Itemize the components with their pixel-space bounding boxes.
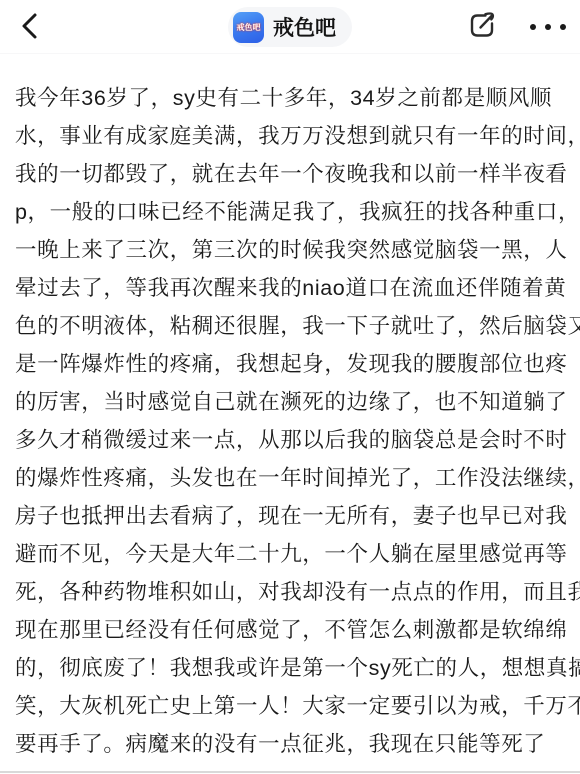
chevron-left-icon [18,12,42,43]
post-line: 多久才稍微缓过来一点，从那以后我的脑袋总是会时不时 [15,421,565,459]
forum-avatar-text: 戒色吧 [237,22,261,33]
post-line: 晕过去了，等我再次醒来我的niao道口在流血还伴随着黄 [15,269,565,307]
post-line: 的厉害，当时感觉自己就在濒死的边缘了，也不知道躺了 [15,383,565,421]
post-line: 水，事业有成家庭美满，我万万没想到就只有一年的时间， [15,117,565,155]
share-compose-icon [467,10,498,44]
post-line: 我今年36岁了，sy史有二十多年，34岁之前都是顺风顺 [15,79,565,117]
top-bar-actions [464,0,566,54]
post-line: 的爆炸性疼痛，头发也在一年时间掉光了，工作没法继续， [15,459,565,497]
post-body: 我今年36岁了，sy史有二十多年，34岁之前都是顺风顺 水，事业有成家庭美满，我… [0,54,580,763]
post-line: p，一般的口味已经不能满足我了，我疯狂的找各种重口， [15,193,565,231]
post-line: 我的一切都毁了，就在去年一个夜晚我和以前一样半夜看 [15,155,565,193]
post-line: 色的不明液体，粘稠还很腥，我一下子就吐了，然后脑袋又 [15,307,565,345]
post-line: 房子也抵押出去看病了，现在一无所有，妻子也早已对我 [15,497,565,535]
forum-avatar: 戒色吧 [233,12,264,43]
post-line: 避而不见，今天是大年二十九，一个人躺在屋里感觉再等 [15,535,565,573]
forum-title: 戒色吧 [273,12,336,42]
top-bar: 戒色吧 戒色吧 [0,0,580,54]
more-button[interactable] [530,9,566,45]
bottom-divider [0,771,580,773]
post-line: 现在那里已经没有任何感觉了，不管怎么刺激都是软绵绵 [15,611,565,649]
share-button[interactable] [464,9,500,45]
back-button[interactable] [12,10,48,44]
forum-title-pill[interactable]: 戒色吧 戒色吧 [228,7,352,47]
post-line: 死，各种药物堆积如山，对我却没有一点点的作用，而且我 [15,573,565,611]
ellipsis-icon [530,24,566,30]
post-line: 的，彻底废了！我想我或许是第一个sy死亡的人，想想真搞 [15,649,565,687]
post-line: 是一阵爆炸性的疼痛，我想起身，发现我的腰腹部位也疼 [15,345,565,383]
post-line: 笑，大灰机死亡史上第一人！大家一定要引以为戒，千万不 [15,687,565,725]
post-line: 一晚上来了三次，第三次的时候我突然感觉脑袋一黑，人 [15,231,565,269]
post-line: 要再手了。病魔来的没有一点征兆，我现在只能等死了 [15,725,565,763]
